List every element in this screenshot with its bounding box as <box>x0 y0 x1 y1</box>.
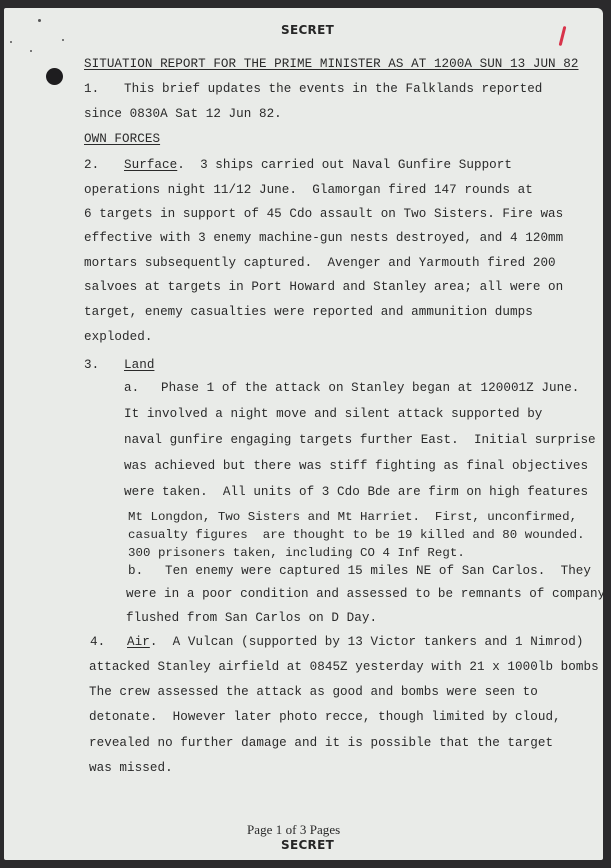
document-page: SECRET SITUATION REPORT FOR THE PRIME MI… <box>4 8 603 860</box>
para2-line: target, enemy casualties were reported a… <box>84 305 533 319</box>
page-number-label: Page 1 of 3 Pages <box>247 823 340 837</box>
own-forces-heading: OWN FORCES <box>84 132 160 146</box>
paper-speck <box>30 50 32 52</box>
report-title: SITUATION REPORT FOR THE PRIME MINISTER … <box>84 57 579 71</box>
para2-line: salvoes at targets in Port Howard and St… <box>84 280 563 294</box>
para4-number: 4. <box>90 635 105 649</box>
para3b-line: Ten enemy were captured 15 miles NE of S… <box>165 564 591 578</box>
para3-heading: Land <box>124 358 154 372</box>
para4-heading: Air <box>127 635 150 649</box>
para2-number: 2. <box>84 158 99 172</box>
para4-line: was missed. <box>89 761 173 775</box>
para2-line: mortars subsequently captured. Avenger a… <box>84 256 556 270</box>
para2-line: . 3 ships carried out Naval Gunfire Supp… <box>177 158 512 172</box>
para2-first-line: Surface. 3 ships carried out Naval Gunfi… <box>124 158 512 172</box>
red-page-number-annotation <box>559 26 567 46</box>
para2-line: exploded. <box>84 330 152 344</box>
para4-line: . A Vulcan (supported by 13 Victor tanke… <box>150 635 584 649</box>
para3a-line: naval gunfire engaging targets further E… <box>124 433 596 447</box>
para1-line: This brief updates the events in the Fal… <box>124 82 542 96</box>
header-classification: SECRET <box>281 23 334 37</box>
para3a-line: casualty figures are thought to be 19 ki… <box>128 528 585 542</box>
para3a-line: 300 prisoners taken, including CO 4 Inf … <box>128 546 465 560</box>
footer-classification: SECRET <box>281 838 334 852</box>
para3b-line: were in a poor condition and assessed to… <box>126 587 605 601</box>
para3a-line: was achieved but there was stiff fightin… <box>124 459 588 473</box>
para4-line: attacked Stanley airfield at 0845Z yeste… <box>89 660 599 674</box>
para3a-line: It involved a night move and silent atta… <box>124 407 542 421</box>
para1-line: since 0830A Sat 12 Jun 82. <box>84 107 282 121</box>
paper-speck <box>38 19 41 22</box>
para2-heading: Surface <box>124 158 177 172</box>
paper-speck <box>62 39 64 41</box>
para4-line: The crew assessed the attack as good and… <box>89 685 538 699</box>
para4-first-line: Air. A Vulcan (supported by 13 Victor ta… <box>127 635 583 649</box>
para1-number: 1. <box>84 82 99 96</box>
paper-speck <box>10 41 12 43</box>
para2-line: 6 targets in support of 45 Cdo assault o… <box>84 207 563 221</box>
para3-number: 3. <box>84 358 99 372</box>
para2-line: effective with 3 enemy machine-gun nests… <box>84 231 563 245</box>
para3a-line: Phase 1 of the attack on Stanley began a… <box>161 381 579 395</box>
para3b-label: b. <box>128 564 143 578</box>
para3b-line: flushed from San Carlos on D Day. <box>126 611 377 625</box>
para2-line: operations night 11/12 June. Glamorgan f… <box>84 183 533 197</box>
para3a-label: a. <box>124 381 139 395</box>
para4-line: revealed no further damage and it is pos… <box>89 736 553 750</box>
para3a-line: Mt Longdon, Two Sisters and Mt Harriet. … <box>128 510 577 524</box>
punch-hole <box>46 68 63 85</box>
para3a-line: were taken. All units of 3 Cdo Bde are f… <box>124 485 588 499</box>
para4-line: detonate. However later photo recce, tho… <box>89 710 561 724</box>
